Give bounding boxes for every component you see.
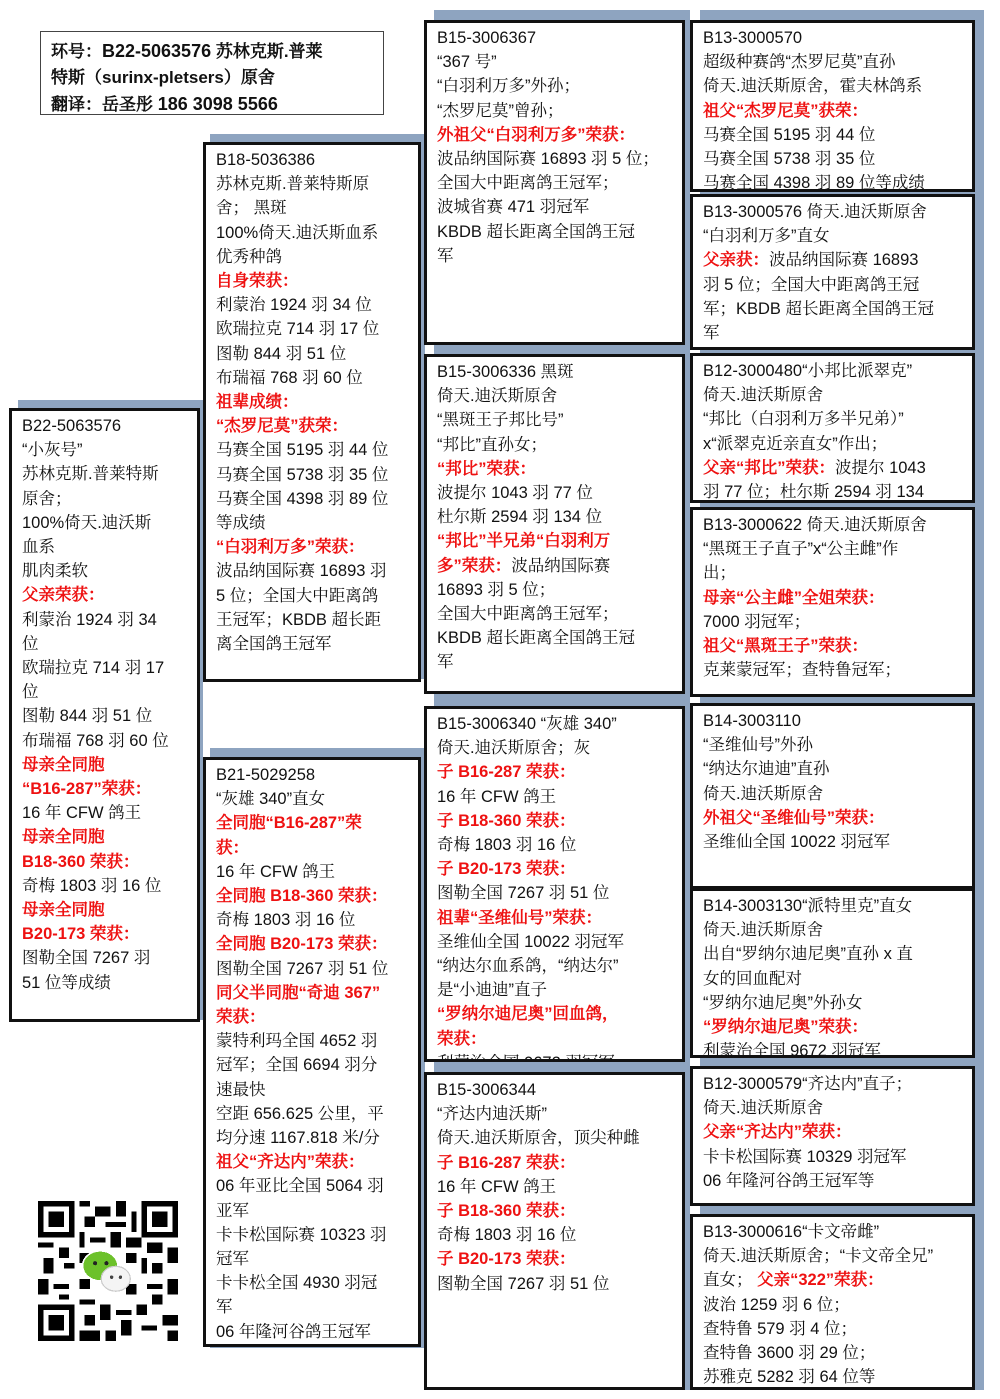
card-text-line: 速最快: [216, 1078, 408, 1102]
line-text: 奇梅 1803 羽 16 位: [22, 877, 161, 895]
header-loft-line: 特斯（surinx-pletsers）原舍: [51, 65, 373, 91]
card-text-line: KBDB 超长距离全国鸽王冠: [437, 220, 672, 244]
line-text: 杜尔斯 2594 羽 134 位: [437, 508, 602, 526]
card-text-line: B12-3000480“小邦比派翠克”: [703, 359, 962, 383]
line-text: 图勒 844 羽 51 位: [22, 707, 152, 725]
line-text: B13-3000622 倚天.迪沃斯原舍: [703, 516, 927, 534]
line-text: 全国大中距离鸽王冠军；: [437, 174, 619, 192]
card-text-line: 利蒙治全国 9672 羽冠军: [703, 1039, 962, 1058]
line-text: 查特鲁 579 羽 4 位；: [703, 1320, 857, 1338]
line-text: 倚天.迪沃斯原舍；“卡文帝全兄”: [703, 1247, 933, 1265]
wechat-qr-code-icon: [33, 1196, 183, 1346]
card-text-line: 马赛全国 4398 羽 89 位等成绩: [703, 171, 962, 192]
award-heading-text: “罗纳尔迪尼奥”回血鸽，: [437, 1005, 619, 1023]
line-text: B12-3000480“小邦比派翠克”: [703, 362, 912, 380]
loft-name-part1: 苏林克斯.普莱: [211, 42, 322, 61]
line-text: 女的回血配对: [703, 970, 802, 988]
card-text-line: “齐达内迪沃斯”: [437, 1102, 672, 1126]
card-text-line: 图勒 844 羽 51 位: [216, 342, 408, 366]
card-text-line: 冠军；全国 6694 羽分: [216, 1053, 408, 1077]
line-tail-text: 波提尔 1043: [835, 459, 926, 477]
line-text: 波品纳国际赛 16893 羽 5 位；: [437, 150, 659, 168]
line-text: 苏林克斯.普莱特斯: [22, 465, 159, 483]
line-text: 利蒙治 1924 羽 34: [22, 611, 157, 629]
card-text-line: 布瑞福 768 羽 60 位: [22, 729, 187, 753]
card-text-line: 是“小迪迪”直子: [437, 978, 672, 1002]
award-heading-text: “杰罗尼莫”获荣：: [216, 417, 348, 435]
award-heading: 祖辈“圣维仙号”荣获：: [437, 906, 672, 930]
line-text: 离全国鸽王冠军: [216, 635, 332, 653]
line-text: 军；KBDB 超长距离全国鸽王冠: [703, 300, 934, 318]
line-text: 倚天.迪沃斯原舍: [703, 785, 823, 803]
line-text: “邦比（白羽利万多半兄弟）”: [703, 410, 904, 428]
card-text-line: 奇梅 1803 羽 16 位: [437, 1223, 672, 1247]
line-text: 马赛全国 5195 羽 44 位: [216, 441, 388, 459]
line-text: 倚天.迪沃斯原舍: [437, 387, 557, 405]
line-text: “齐达内迪沃斯”: [437, 1105, 547, 1123]
line-text: B22-5063576: [22, 417, 121, 435]
card-text-line: 100%倚天.迪沃斯: [22, 511, 187, 535]
line-text: 利蒙治 1924 羽 34 位: [216, 296, 372, 314]
card-text-line: B18-5036386: [216, 148, 408, 172]
card-text-line: 倚天.迪沃斯原舍: [703, 383, 962, 407]
award-heading: 子 B20-173 荣获：: [437, 857, 672, 881]
award-heading-text: 多”荣获：: [437, 557, 511, 575]
line-text: “小灰号”: [22, 441, 83, 459]
line-text: 利蒙治全国 9672 羽冠军: [437, 1054, 615, 1062]
line-text: 羽 77 位；杜尔斯 2594 羽 134: [703, 483, 924, 501]
award-heading: “罗纳尔迪尼奥”回血鸽，: [437, 1002, 672, 1026]
card-sire-dam-sire: B12-3000480“小邦比派翠克”倚天.迪沃斯原舍“邦比（白羽利万多半兄弟）…: [690, 353, 975, 503]
card-text-line: 女的回血配对: [703, 967, 962, 991]
card-text-line: 06 年隆河谷鸽王冠军等: [703, 1169, 962, 1193]
card-text-line: “367 号”: [437, 50, 672, 74]
card-dam-sire-sire: B14-3003110“圣维仙号”外孙“纳达尔迪迪”直孙倚天.迪沃斯原舍外祖父“…: [690, 703, 975, 889]
card-text-line: 查特鲁 3600 羽 29 位；: [703, 1341, 962, 1365]
line-text: B14-3003110: [703, 712, 801, 730]
card-text-line: 军: [703, 321, 962, 345]
line-text: 出；: [703, 564, 736, 582]
award-heading: 祖辈成绩：: [216, 390, 408, 414]
line-text: B15-3006367: [437, 29, 536, 47]
award-heading-text: 父亲荣获：: [22, 586, 105, 604]
award-heading-text: 子 B18-360 荣获：: [437, 812, 575, 830]
award-heading-text: 母亲全同胞: [22, 756, 105, 774]
loft-name-part3: ）原舍: [224, 68, 275, 87]
award-heading: 父亲获：波品纳国际赛 16893: [703, 248, 962, 272]
line-text: 亚军: [216, 1202, 249, 1220]
card-text-line: 羽 5 位；全国大中距离鸽王冠: [703, 273, 962, 297]
line-text: 倚天.迪沃斯原舍: [703, 1099, 823, 1117]
award-heading: 获：: [216, 836, 408, 860]
card-dam: B21-5029258“灰雄 340”直女全同胞“B16-287”荣获：16 年…: [203, 757, 421, 1347]
line-text: 优秀种鸽: [216, 248, 282, 266]
card-text-line: 马赛全国 4398 羽 89 位: [216, 487, 408, 511]
line-text: 血系: [22, 538, 55, 556]
award-heading: 全同胞 B18-360 荣获：: [216, 884, 408, 908]
card-text-line: 马赛全国 5195 羽 44 位: [216, 438, 408, 462]
award-heading: B18-360 荣获：: [22, 850, 187, 874]
line-text: 马赛全国 5738 羽 35 位: [703, 150, 875, 168]
line-text: KBDB 超长距离全国鸽王冠: [437, 629, 635, 647]
award-heading-text: 子 B18-360 荣获：: [437, 1202, 575, 1220]
card-text-line: 利蒙治 1924 羽 34 位: [216, 293, 408, 317]
award-heading: 子 B20-173 荣获：: [437, 1247, 672, 1271]
card-dam-dam-sire: B12-3000579“齐达内”直子；倚天.迪沃斯原舍父亲“齐达内”荣获：卡卡松…: [690, 1066, 975, 1206]
line-text: 直女；: [703, 1271, 757, 1289]
line-text: 欧瑞拉克 714 羽 17: [22, 659, 164, 677]
award-heading: 父亲“邦比”荣获：波提尔 1043: [703, 456, 962, 480]
line-tail-text: 波品纳国际赛: [511, 557, 610, 575]
card-text-line: “邦比（白羽利万多半兄弟）”: [703, 407, 962, 431]
line-text: KBDB 超长距离全国鸽王冠: [437, 223, 635, 241]
award-heading-text: 母亲全同胞: [22, 901, 105, 919]
line-text: 是“小迪迪”直子: [437, 981, 547, 999]
line-text: “罗纳尔迪尼奥”外孙女: [703, 994, 863, 1012]
line-text: “白羽利万多”外孙；: [437, 77, 580, 95]
award-heading: 全同胞“B16-287”荣: [216, 811, 408, 835]
card-dam-dam-dam: B13-3000616“卡文帝雌”倚天.迪沃斯原舍；“卡文帝全兄”直女； 父亲“…: [690, 1214, 975, 1390]
award-heading-text: B18-360 荣获：: [22, 853, 139, 871]
award-heading: 父亲荣获：: [22, 583, 187, 607]
line-text: B15-3006340 “灰雄 340”: [437, 715, 617, 733]
card-text-line: 位: [22, 680, 187, 704]
card-text-line: B15-3006367: [437, 26, 672, 50]
card-text-line: 06 年隆河谷鸽王冠军: [216, 1320, 408, 1344]
line-text: 图勒全国 7267 羽 51 位: [216, 960, 388, 978]
line-text: 肌肉柔软: [22, 562, 88, 580]
award-heading-text: “B16-287”荣获：: [22, 780, 151, 798]
line-text: 圣维仙全国 10022 羽冠军: [703, 833, 890, 851]
card-subject: B22-5063576“小灰号”苏林克斯.普莱特斯原舍；100%倚天.迪沃斯血系…: [9, 408, 200, 1022]
award-heading-text: 母亲全同胞: [22, 828, 105, 846]
award-heading-text: 同父半同胞“奇迪 367”: [216, 984, 380, 1002]
card-text-line: x“派翠克近亲直女”作出；: [703, 432, 962, 456]
card-text-line: 倚天.迪沃斯原舍: [703, 918, 962, 942]
card-text-line: 血系: [22, 535, 187, 559]
award-heading: 母亲“公主雌”全姐荣获：: [703, 586, 962, 610]
award-heading: “杰罗尼莫”获荣：: [216, 414, 408, 438]
award-heading: 子 B16-287 荣获：: [437, 760, 672, 784]
header-ring-line: 环号：B22-5063576 苏林克斯.普莱: [51, 38, 373, 65]
award-heading-text: 子 B20-173 荣获：: [437, 860, 575, 878]
card-text-line: B13-3000570: [703, 26, 962, 50]
line-text: 卡卡松全国 4930 羽冠: [216, 1274, 377, 1292]
line-text: 倚天.迪沃斯原舍: [703, 386, 823, 404]
line-text: 16 年 CFW 鸽王: [437, 788, 556, 806]
line-text: 16893 羽 5 位；: [437, 581, 555, 599]
card-text-line: 图勒全国 7267 羽: [22, 946, 187, 970]
award-heading: 祖父“黑斑王子”荣获：: [703, 634, 962, 658]
card-text-line: 优秀种鸽: [216, 245, 408, 269]
line-text: 奇梅 1803 羽 16 位: [437, 836, 576, 854]
line-text: 马赛全国 5738 羽 35 位: [216, 466, 388, 484]
card-text-line: 图勒全国 7267 羽 51 位: [437, 1272, 672, 1296]
card-text-line: 倚天.迪沃斯原舍，顶尖种雌: [437, 1126, 672, 1150]
card-text-line: “黑斑王子直子”x“公主雌”作: [703, 537, 962, 561]
card-sire: B18-5036386苏林克斯.普莱特斯原舍； 黑斑100%倚天.迪沃斯血系优秀…: [203, 142, 421, 682]
card-text-line: 图勒 844 羽 51 位: [22, 704, 187, 728]
card-text-line: 51 位等成绩: [22, 971, 187, 995]
award-heading-text: 全同胞“B16-287”荣: [216, 814, 362, 832]
loft-name-part2: 特斯（: [51, 68, 102, 87]
award-heading: 荣获：: [216, 1005, 408, 1029]
award-heading: 多”荣获：波品纳国际赛: [437, 554, 672, 578]
line-text: “黑斑王子邦比号”: [437, 411, 564, 429]
card-text-line: 图勒全国 7267 羽 51 位: [437, 881, 672, 905]
line-text: 波城省赛 471 羽冠军: [437, 198, 589, 216]
line-text: 06 年隆河谷鸽王冠军: [216, 1323, 371, 1341]
award-heading: 子 B18-360 荣获：: [437, 1199, 672, 1223]
line-text: 等成绩: [216, 514, 266, 532]
line-text: 16 年 CFW 鸽王: [22, 804, 141, 822]
card-text-line: 原舍；: [22, 487, 187, 511]
card-text-line: 出；: [703, 561, 962, 585]
line-text: “白羽利万多”直女: [703, 227, 830, 245]
line-text: 原舍；: [22, 490, 72, 508]
card-text-line: “纳达尔血系鸽，“纳达尔”: [437, 954, 672, 978]
line-text: 布瑞福 768 羽 60 位: [22, 732, 169, 750]
card-sire-sire-dam: B13-3000576 倚天.迪沃斯原舍“白羽利万多”直女父亲获：波品纳国际赛 …: [690, 194, 975, 350]
card-text-line: 波城省赛 471 羽冠军: [437, 195, 672, 219]
line-text: 军: [437, 247, 454, 265]
line-text: 克莱蒙冠军；查特鲁冠军；: [703, 661, 901, 679]
award-heading-text: 子 B16-287 荣获：: [437, 1154, 575, 1172]
line-text: x“派翠克近亲直女”作出；: [703, 435, 887, 453]
card-text-line: 等成绩: [216, 511, 408, 535]
card-text-line: “黑斑王子邦比号”: [437, 408, 672, 432]
line-text: 16 年 CFW 鸽王: [216, 863, 335, 881]
card-text-line: 蒙特利玛全国 4652 羽: [216, 1029, 408, 1053]
card-text-line: 王冠军；KBDB 超长距: [216, 608, 408, 632]
line-text: 全国大中距离鸽王冠军；: [437, 605, 619, 623]
card-text-line: B14-3003130“派特里克”直女: [703, 894, 962, 918]
line-text: 均分速 1167.818 米/分: [216, 1129, 380, 1147]
line-text: 苏雅克 5282 羽 64 位等: [703, 1368, 875, 1386]
phone-number: 186 3098 5566: [158, 94, 278, 114]
card-text-line: “罗纳尔迪尼奥”外孙女: [703, 991, 962, 1015]
card-text-line: B15-3006344: [437, 1078, 672, 1102]
card-text-line: 16 年 CFW 鸽王: [22, 801, 187, 825]
card-text-line: 圣维仙全国 10022 羽冠军: [703, 830, 962, 854]
card-text-line: “白羽利万多”直女: [703, 224, 962, 248]
line-text: B21-5029258: [216, 766, 315, 784]
card-text-line: “白羽利万多”外孙；: [437, 74, 672, 98]
card-text-line: 16 年 CFW 鸽王: [437, 1175, 672, 1199]
card-text-line: 倚天.迪沃斯原舍，霍夫林鸽系: [703, 74, 962, 98]
line-text: 波治 1259 羽 6 位；: [703, 1296, 850, 1314]
card-text-line: 苏雅克 5282 羽 64 位等: [703, 1365, 962, 1389]
line-text: 图勒 844 羽 51 位: [216, 345, 346, 363]
award-heading: 自身荣获：: [216, 269, 408, 293]
line-text: 蒙特利玛全国 4652 羽: [216, 1032, 377, 1050]
card-text-line: “杰罗尼莫”曾孙；: [437, 99, 672, 123]
card-text-line: 利蒙治 1924 羽 34: [22, 608, 187, 632]
line-text: 马赛全国 4398 羽 89 位等成绩: [703, 174, 925, 192]
card-text-line: “邦比”直孙女；: [437, 433, 672, 457]
award-heading-text: B20-173 荣获：: [22, 925, 139, 943]
card-text-line: B13-3000576 倚天.迪沃斯原舍: [703, 200, 962, 224]
card-dam-sire-dam: B14-3003130“派特里克”直女倚天.迪沃斯原舍出自“罗纳尔迪尼奥”直孙 …: [690, 888, 975, 1058]
card-text-line: “纳达尔迪迪”直孙: [703, 757, 962, 781]
loft-latin-name: surinx-pletsers: [102, 68, 224, 87]
card-text-line: 冠军: [216, 1247, 408, 1271]
award-heading: 母亲全同胞: [22, 898, 187, 922]
line-text: “邦比”直孙女；: [437, 436, 547, 454]
award-heading-text: 父亲“齐达内”荣获：: [703, 1123, 852, 1141]
line-text: “灰雄 340”直女: [216, 790, 325, 808]
card-text-line: 苏林克斯.普莱特斯原: [216, 172, 408, 196]
line-text: “纳达尔血系鸽，“纳达尔”: [437, 957, 618, 975]
card-text-line: 马赛全国 5738 羽 35 位: [703, 147, 962, 171]
award-heading: 荣获：: [437, 1027, 672, 1051]
line-text: B15-3006344: [437, 1081, 536, 1099]
line-text: 波品纳国际赛 16893 羽: [216, 562, 387, 580]
card-dam-sire: B15-3006340 “灰雄 340”倚天.迪沃斯原舍；灰子 B16-287 …: [424, 706, 685, 1062]
card-text-line: B15-3006336 黑斑: [437, 360, 672, 384]
award-heading-text: “罗纳尔迪尼奥”荣获：: [703, 1018, 868, 1036]
line-text: 冠军；全国 6694 羽分: [216, 1056, 377, 1074]
award-heading-text: 祖辈“圣维仙号”荣获：: [437, 909, 602, 927]
line-text: “367 号”: [437, 53, 497, 71]
line-text: 超级种赛鸽“杰罗尼莫”直孙: [703, 53, 896, 71]
card-text-line: 倚天.迪沃斯原舍: [437, 384, 672, 408]
line-text: 冠军: [216, 1250, 249, 1268]
card-text-line: KBDB 超长距离全国鸽王冠: [437, 626, 672, 650]
award-heading: 祖父“杰罗尼莫”获荣：: [703, 99, 962, 123]
card-text-line: 军: [437, 244, 672, 268]
line-text: 王冠军；KBDB 超长距: [216, 611, 381, 629]
line-text: “纳达尔迪迪”直孙: [703, 760, 830, 778]
award-heading-text: 母亲“公主雌”全姐荣获：: [703, 589, 885, 607]
card-text-line: 全国大中距离鸽王冠军；: [437, 171, 672, 195]
card-text-line: 全国大中距离鸽王冠军；: [437, 602, 672, 626]
card-text-line: 16 年 CFW 鸽王: [216, 860, 408, 884]
card-sire-dam: B15-3006336 黑斑倚天.迪沃斯原舍“黑斑王子邦比号”“邦比”直孙女；“…: [424, 354, 685, 694]
award-heading-text: 父亲“322”荣获：: [757, 1271, 884, 1289]
card-text-line: 军: [437, 650, 672, 674]
line-text: “圣维仙号”外孙: [703, 736, 813, 754]
line-text: 军: [216, 1298, 233, 1316]
line-text: B13-3000576 倚天.迪沃斯原舍: [703, 203, 927, 221]
card-text-line: 苏林克斯.普莱特斯: [22, 462, 187, 486]
card-text-line: 出自“罗纳尔迪尼奥”直孙 x 直: [703, 942, 962, 966]
line-text: 16 年 CFW 鸽王: [437, 1178, 556, 1196]
card-text-line: B13-3000622 倚天.迪沃斯原舍: [703, 513, 962, 537]
award-heading-text: 荣获：: [216, 1008, 266, 1026]
line-text: 100%倚天.迪沃斯血系: [216, 224, 378, 242]
line-text: 倚天.迪沃斯原舍，霍夫林鸽系: [703, 77, 922, 95]
ring-number: B22-5063576: [102, 41, 211, 61]
card-text-line: 利蒙治全国 9672 羽冠军: [437, 1051, 672, 1062]
line-text: 51 位等成绩: [22, 974, 111, 992]
card-text-line: 卡卡松国际赛 10323 羽: [216, 1223, 408, 1247]
line-text: B13-3000616“卡文帝雌”: [703, 1223, 879, 1241]
award-heading-text: 自身荣获：: [216, 272, 299, 290]
line-text: B12-3000579“齐达内”直子；: [703, 1075, 912, 1093]
line-text: 舍； 黑斑: [216, 199, 287, 217]
card-text-line: 16893 羽 5 位；: [437, 578, 672, 602]
award-heading: 外祖父“圣维仙号”荣获：: [703, 806, 962, 830]
card-text-line: 倚天.迪沃斯原舍；灰: [437, 736, 672, 760]
line-text: 圣维仙全国 10022 羽冠军: [437, 933, 624, 951]
line-text: 奇梅 1803 羽 16 位: [437, 1226, 576, 1244]
translator-label: 翻译：岳圣彤: [51, 95, 158, 114]
award-heading-text: 子 B20-173 荣获：: [437, 1250, 575, 1268]
line-text: 军: [437, 653, 454, 671]
line-text: B15-3006336 黑斑: [437, 363, 574, 381]
line-text: 100%倚天.迪沃斯: [22, 514, 151, 532]
card-text-line: 欧瑞拉克 714 羽 17: [22, 656, 187, 680]
line-text: 7000 羽冠军；: [703, 613, 810, 631]
award-heading-text: 荣获：: [437, 1030, 487, 1048]
line-tail-text: 波品纳国际赛 16893: [769, 251, 918, 269]
line-text: 倚天.迪沃斯原舍，顶尖种雌: [437, 1129, 640, 1147]
award-heading: 同父半同胞“奇迪 367”: [216, 981, 408, 1005]
card-text-line: 位: [22, 632, 187, 656]
card-text-line: 军；KBDB 超长距离全国鸽王冠: [703, 297, 962, 321]
line-text: 空距 656.625 公里，平: [216, 1105, 384, 1123]
award-heading-text: 祖父“黑斑王子”荣获：: [703, 637, 868, 655]
card-text-line: 直女； 父亲“322”荣获：: [703, 1268, 962, 1292]
line-text: 图勒全国 7267 羽: [22, 949, 150, 967]
award-heading: “B16-287”荣获：: [22, 777, 187, 801]
card-dam-dam: B15-3006344“齐达内迪沃斯”倚天.迪沃斯原舍，顶尖种雌子 B16-28…: [424, 1072, 685, 1390]
card-text-line: 奇梅 1803 羽 16 位: [437, 833, 672, 857]
card-text-line: 奇梅 1803 羽 16 位: [216, 908, 408, 932]
card-sire-sire-sire: B13-3000570超级种赛鸽“杰罗尼莫”直孙倚天.迪沃斯原舍，霍夫林鸽系祖父…: [690, 20, 975, 192]
card-text-line: 卡卡松全国 4930 羽冠: [216, 1271, 408, 1295]
award-heading: 父亲“齐达内”荣获：: [703, 1120, 962, 1144]
award-heading-text: 全同胞 B20-173 荣获：: [216, 935, 387, 953]
header-info-box: 环号：B22-5063576 苏林克斯.普莱 特斯（surinx-pletser…: [40, 31, 384, 115]
line-text: 位: [22, 683, 39, 701]
award-heading-text: 父亲“邦比”荣获：: [703, 459, 835, 477]
card-text-line: 倚天.迪沃斯原舍: [703, 782, 962, 806]
card-text-line: 波品纳国际赛 16893 羽 5 位；: [437, 147, 672, 171]
line-text: “黑斑王子直子”x“公主雌”作: [703, 540, 898, 558]
card-text-line: “小灰号”: [22, 438, 187, 462]
card-text-line: B12-3000579“齐达内”直子；: [703, 1072, 962, 1096]
card-text-line: 100%倚天.迪沃斯血系: [216, 221, 408, 245]
line-text: 位: [22, 635, 39, 653]
card-text-line: 均分速 1167.818 米/分: [216, 1126, 408, 1150]
award-heading-text: “邦比”荣获：: [437, 460, 536, 478]
card-text-line: 克莱蒙冠军；查特鲁冠军；: [703, 658, 962, 682]
card-text-line: B14-3003110: [703, 709, 962, 733]
award-heading: 母亲全同胞: [22, 753, 187, 777]
card-text-line: 马赛全国 5738 羽 35 位: [216, 463, 408, 487]
line-text: 卡卡松国际赛 10323 羽: [216, 1226, 387, 1244]
ring-label: 环号：: [51, 42, 102, 61]
card-text-line: 超级种赛鸽“杰罗尼莫”直孙: [703, 50, 962, 74]
award-heading-text: “邦比”半兄弟“白羽利万: [437, 532, 610, 550]
line-text: 图勒全国 7267 羽 51 位: [437, 884, 609, 902]
card-text-line: 倚天.迪沃斯原舍；“卡文帝全兄”: [703, 1244, 962, 1268]
award-heading-text: 祖辈成绩：: [216, 393, 299, 411]
card-text-line: 肌肉柔软: [22, 559, 187, 583]
card-text-line: 倚天.迪沃斯原舍: [703, 1096, 962, 1120]
line-text: 06 年隆河谷鸽王冠军等: [703, 1172, 874, 1190]
line-text: B14-3003130“派特里克”直女: [703, 897, 912, 915]
card-text-line: 7000 羽冠军；: [703, 610, 962, 634]
card-text-line: B21-5029258: [216, 763, 408, 787]
card-text-line: 马赛全国 5195 羽 44 位: [703, 123, 962, 147]
line-text: 布瑞福 768 羽 60 位: [216, 369, 363, 387]
award-heading: “邦比”荣获：: [437, 457, 672, 481]
card-text-line: 布瑞福 768 羽 60 位: [216, 366, 408, 390]
award-heading: 全同胞 B20-173 荣获：: [216, 932, 408, 956]
